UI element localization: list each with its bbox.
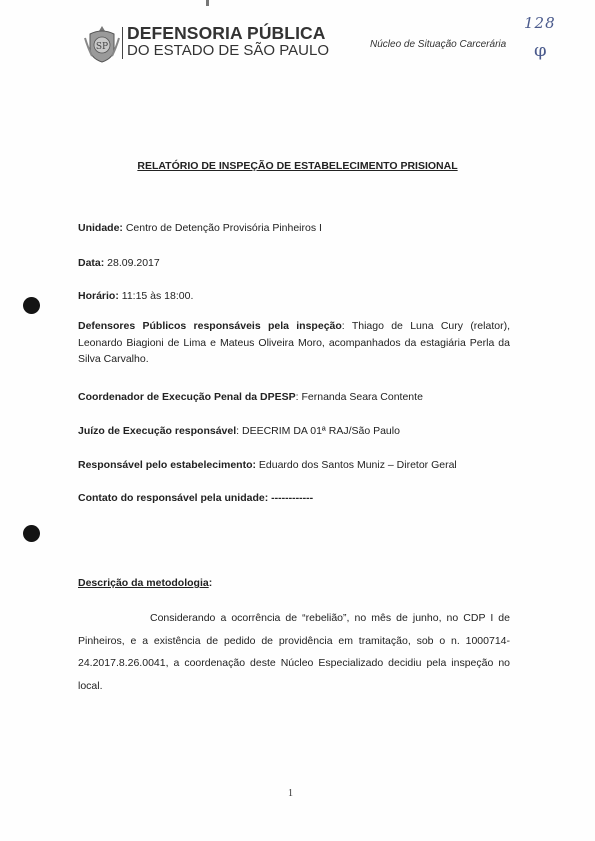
field-value: 28.09.2017	[104, 257, 159, 269]
field-label: Contato do responsável pela unidade:	[78, 492, 268, 504]
field-label: Data:	[78, 257, 104, 269]
org-subtitle: DO ESTADO DE SÃO PAULO	[127, 42, 329, 60]
field-responsavel: Responsável pelo estabelecimento: Eduard…	[78, 459, 457, 471]
field-label: Horário:	[78, 290, 119, 302]
org-name: DEFENSORIA PÚBLICA	[127, 23, 326, 43]
field-value: 11:15 às 18:00.	[119, 290, 194, 302]
field-unidade: Unidade: Centro de Detenção Provisória P…	[78, 222, 322, 234]
binder-hole	[23, 525, 40, 542]
field-juizo: Juízo de Execução responsável: DEECRIM D…	[78, 425, 400, 437]
field-defensores: Defensores Públicos responsáveis pela in…	[78, 318, 510, 368]
handwritten-page-number: 128	[524, 14, 556, 32]
field-label: Coordenador de Execução Penal da DPESP	[78, 391, 296, 403]
binder-hole	[23, 297, 40, 314]
field-contato: Contato do responsável pela unidade: ---…	[78, 492, 313, 504]
page-number: 1	[288, 788, 293, 799]
field-label: Defensores Públicos responsáveis pela in…	[78, 320, 342, 332]
document-title: RELATÓRIO DE INSPEÇÃO DE ESTABELECIMENTO…	[0, 160, 595, 172]
heading-text: Descrição da metodologia	[78, 577, 209, 589]
field-horario: Horário: 11:15 às 18:00.	[78, 290, 193, 302]
methodology-paragraph: Considerando a ocorrência de “rebelião”,…	[78, 607, 510, 697]
field-value: : Fernanda Seara Contente	[296, 391, 423, 403]
field-value: Eduardo dos Santos Muniz – Diretor Geral	[256, 459, 457, 471]
field-label: Unidade:	[78, 222, 123, 234]
field-label: Juízo de Execução responsável	[78, 425, 236, 437]
methodology-heading: Descrição da metodologia:	[78, 577, 212, 589]
field-value: ------------	[268, 492, 313, 504]
field-value: Centro de Detenção Provisória Pinheiros …	[123, 222, 322, 234]
heading-suffix: :	[209, 577, 213, 589]
sp-coat-of-arms-icon: SP	[84, 24, 120, 64]
document-page: SP DEFENSORIA PÚBLICA DO ESTADO DE SÃO P…	[0, 0, 595, 841]
field-value: : DEECRIM DA 01ª RAJ/São Paulo	[236, 425, 400, 437]
field-coordenador: Coordenador de Execução Penal da DPESP: …	[78, 391, 423, 403]
handwritten-initial: φ	[534, 40, 547, 61]
scan-artifact	[206, 0, 209, 6]
svg-text:SP: SP	[96, 42, 108, 52]
field-data: Data: 28.09.2017	[78, 257, 160, 269]
field-label: Responsável pelo estabelecimento:	[78, 459, 256, 471]
logo-separator	[122, 27, 123, 59]
nucleus-name: Núcleo de Situação Carcerária	[370, 39, 506, 50]
